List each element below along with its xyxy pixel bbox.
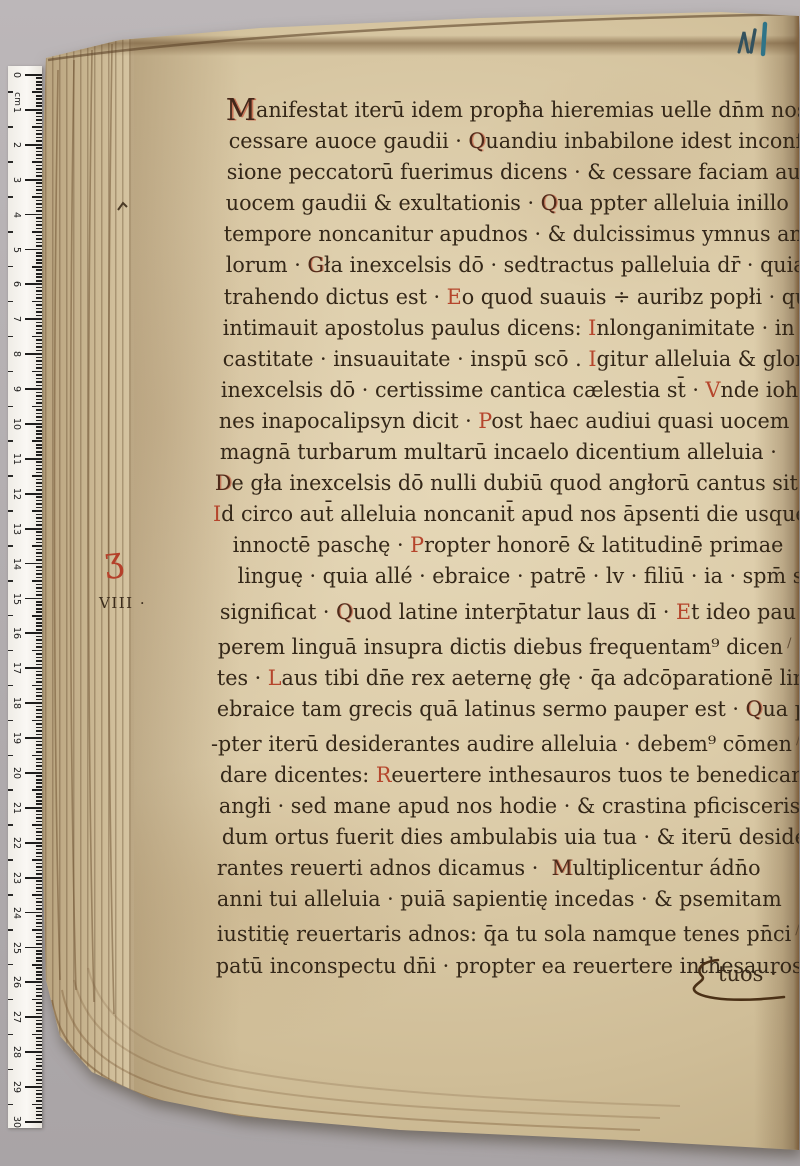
- ruler-label: 20: [11, 766, 23, 780]
- ruler-tick: [36, 399, 42, 401]
- ruler-tick: [36, 105, 42, 107]
- ruler-tick: [25, 74, 42, 76]
- ruler-tick: [36, 329, 42, 331]
- text-line: dare dicentes: Reuertere inthesauros tuo…: [210, 760, 786, 791]
- stacked-leaf-edges: [38, 12, 134, 1166]
- ruler-tick: [32, 1034, 42, 1036]
- ruler-tick: [36, 591, 42, 593]
- ruler-tick: [36, 1013, 42, 1015]
- catchword: tuos ·: [688, 956, 798, 1008]
- ruler-tick: [36, 252, 42, 254]
- manuscript-photo: { "ruler": { "unit": "cm", "cm_labels": …: [0, 0, 800, 1166]
- ruler-tick: [36, 409, 42, 411]
- ruler-tick: [36, 723, 42, 725]
- ruler-tick: [36, 1023, 42, 1025]
- ruler-tick: [36, 852, 42, 854]
- ruler-label: 19: [11, 731, 23, 745]
- ruler-tick: [36, 332, 42, 334]
- ruler-tick: [36, 814, 42, 816]
- ruler-tick: [25, 912, 42, 914]
- text-line: dum ortus fuerit dies ambulabis uia tua …: [210, 822, 786, 853]
- ruler-unit-label: cm: [11, 92, 23, 106]
- ruler-tick: [36, 84, 42, 86]
- ruler-tick: [25, 632, 42, 634]
- ruler-tick: [32, 91, 42, 93]
- ruler-label: 0: [11, 68, 23, 82]
- ruler-tick: [36, 803, 42, 805]
- ruler-tick: [32, 720, 42, 722]
- ruler-tick: [36, 926, 42, 928]
- ruler-tick: [36, 866, 42, 868]
- ruler-tick: [36, 1037, 42, 1039]
- ruler-tick: [36, 486, 42, 488]
- ruler-tick: [36, 242, 42, 244]
- ruler-tick: [36, 168, 42, 170]
- ruler-tick: [36, 322, 42, 324]
- text-line: inexcelsis dō · certissime cantica cæles…: [210, 375, 786, 406]
- ruler-tick: [36, 762, 42, 764]
- ruler-tick: [36, 594, 42, 596]
- ruler-tick: [36, 235, 42, 237]
- ruler-tick: [25, 423, 42, 425]
- ruler-tick: [36, 1055, 42, 1057]
- ruler-tick: [32, 371, 42, 373]
- ruler-tick: [36, 507, 42, 509]
- manuscript-page: Manifestat iterū idem propħa hieremias u…: [0, 0, 800, 1166]
- ruler-tick: [36, 130, 42, 132]
- ruler-tick: [36, 943, 42, 945]
- ruler-tick: [36, 381, 42, 383]
- ruler-tick: [32, 231, 42, 233]
- text-line: ebraice tam grecis quā latinus sermo pau…: [210, 694, 786, 725]
- ruler-tick: [36, 385, 42, 387]
- ruler-tick: [36, 884, 42, 886]
- ruler-tick: [36, 940, 42, 942]
- ruler-tick: [36, 856, 42, 858]
- ruler-tick: [36, 496, 42, 498]
- ruler-tick: [36, 224, 42, 226]
- ruler-tick: [36, 343, 42, 345]
- ruler-tick: [25, 981, 42, 983]
- ruler-tick: [36, 1079, 42, 1081]
- ruler-edge-dash: [8, 406, 13, 408]
- ruler-edge-dash: [8, 301, 13, 303]
- ruler-label: 7: [11, 312, 23, 326]
- ruler-label: 14: [11, 557, 23, 571]
- ruler-tick: [36, 559, 42, 561]
- ruler-tick: [36, 765, 42, 767]
- ruler-tick: [36, 786, 42, 788]
- ruler-tick: [36, 1044, 42, 1046]
- ruler-edge-dash: [8, 685, 13, 687]
- ruler-tick: [36, 915, 42, 917]
- ruler-tick: [25, 877, 42, 879]
- text-line: sione peccatorū fuerimus dicens · & cess…: [210, 157, 786, 188]
- ruler-tick: [25, 1086, 42, 1088]
- ruler-tick: [36, 1076, 42, 1078]
- ruler-tick: [36, 901, 42, 903]
- ruler-tick: [36, 364, 42, 366]
- ruler-tick: [36, 290, 42, 292]
- ruler-tick: [32, 336, 42, 338]
- ruler-tick: [32, 126, 42, 128]
- ruler-tick: [36, 392, 42, 394]
- ruler-tick: [36, 988, 42, 990]
- ruler-tick: [36, 838, 42, 840]
- ruler-tick: [36, 1118, 42, 1120]
- ruler-tick: [36, 863, 42, 865]
- ruler-tick: [32, 580, 42, 582]
- ruler-label: 6: [11, 277, 23, 291]
- ruler-tick: [32, 406, 42, 408]
- ruler-edge-dash: [8, 1034, 13, 1036]
- ruler-tick: [36, 140, 42, 142]
- ruler-tick: [36, 1027, 42, 1029]
- ruler-tick: [36, 514, 42, 516]
- ruler-tick: [36, 521, 42, 523]
- text-line: angłi · sed mane apud nos hodie · & cras…: [210, 791, 786, 822]
- ruler-edge-dash: [8, 580, 13, 582]
- ruler-tick: [32, 1104, 42, 1106]
- text-line: uocem gaudii & exultationis · Qua ppter …: [210, 188, 786, 219]
- ruler-tick: [36, 88, 42, 90]
- ruler-tick: [36, 688, 42, 690]
- ruler-tick: [36, 280, 42, 282]
- ruler-tick: [36, 796, 42, 798]
- ruler-tick: [36, 713, 42, 715]
- ruler-tick: [36, 1107, 42, 1109]
- ruler-tick: [36, 1041, 42, 1043]
- ruler-tick: [36, 769, 42, 771]
- ruler-tick: [25, 1121, 42, 1123]
- ruler-tick: [36, 1030, 42, 1032]
- ruler-tick: [36, 287, 42, 289]
- ruler-tick: [36, 315, 42, 317]
- ruler-tick: [36, 500, 42, 502]
- ruler-label: 11: [11, 452, 23, 466]
- ruler-tick: [36, 413, 42, 415]
- ruler-tick: [36, 995, 42, 997]
- ruler-tick: [36, 95, 42, 97]
- ruler-tick: [36, 339, 42, 341]
- text-line: tes · Laus tibi dn̄e rex aeternę głę · q…: [210, 663, 786, 694]
- ruler-label: 13: [11, 522, 23, 536]
- ruler-tick: [36, 611, 42, 613]
- text-block: Manifestat iterū idem propħa hieremias u…: [210, 95, 786, 982]
- ruler-tick: [36, 531, 42, 533]
- ruler-tick: [36, 451, 42, 453]
- ruler-tick: [36, 849, 42, 851]
- ruler-tick: [25, 528, 42, 530]
- ruler-tick: [36, 817, 42, 819]
- text-line: tempore noncanitur apudnos · & dulcissim…: [210, 219, 786, 250]
- ruler-tick: [36, 618, 42, 620]
- ruler-tick: [32, 789, 42, 791]
- ruler-tick: [36, 782, 42, 784]
- ruler-label: 25: [11, 941, 23, 955]
- ruler-tick: [32, 1069, 42, 1071]
- ruler-tick: [36, 657, 42, 659]
- ruler-tick: [36, 974, 42, 976]
- ruler-tick: [36, 1097, 42, 1099]
- page-wrap: Manifestat iterū idem propħa hieremias u…: [0, 0, 800, 1166]
- ruler-tick: [36, 566, 42, 568]
- ruler-tick: [36, 123, 42, 125]
- text-line: cessare auoce gaudii · Quandiu inbabilon…: [210, 126, 786, 157]
- ruler-tick: [36, 1006, 42, 1008]
- ruler-tick: [36, 259, 42, 261]
- ruler-tick: [25, 1051, 42, 1053]
- ruler-edge-dash: [8, 964, 13, 966]
- ruler-tick: [32, 650, 42, 652]
- ruler-tick: [32, 301, 42, 303]
- ruler-tick: [32, 999, 42, 1001]
- ruler-tick: [36, 468, 42, 470]
- ruler-tick: [36, 664, 42, 666]
- text-line: trahendo dictus est · Eo quod suauis ÷ a…: [210, 282, 786, 313]
- ruler-tick: [36, 985, 42, 987]
- ruler-tick: [32, 929, 42, 931]
- ruler-tick: [36, 158, 42, 160]
- text-line: nes inapocalipsyn dicit · Post haec audi…: [210, 406, 786, 437]
- ruler-tick: [32, 475, 42, 477]
- ruler-edge-dash: [8, 440, 13, 442]
- ruler-edge-dash: [8, 510, 13, 512]
- text-line: innoctē paschę · Propter honorē & latitu…: [210, 530, 786, 561]
- ruler-tick: [36, 699, 42, 701]
- ruler-tick: [32, 266, 42, 268]
- ruler-tick: [36, 556, 42, 558]
- ruler-label: 29: [11, 1080, 23, 1094]
- ruler-tick: [25, 947, 42, 949]
- ruler-tick: [32, 894, 42, 896]
- ruler-edge-dash: [8, 999, 13, 1001]
- ruler-tick: [36, 175, 42, 177]
- ruler-tick: [25, 842, 42, 844]
- ruler-tick: [36, 957, 42, 959]
- ruler-edge-dash: [8, 231, 13, 233]
- ruler-edge-dash: [8, 894, 13, 896]
- text-line: iustitię reuertaris adnos: q̄a tu sola n…: [210, 915, 786, 950]
- text-line: linguę · quia allé · ebraice · patrē · l…: [210, 561, 786, 592]
- ruler-tick: [36, 898, 42, 900]
- ruler-tick: [36, 81, 42, 83]
- ruler-tick: [36, 695, 42, 697]
- ruler-tick: [36, 535, 42, 537]
- ruler-tick: [36, 870, 42, 872]
- ruler-tick: [32, 196, 42, 198]
- ruler-tick: [25, 214, 42, 216]
- ruler-tick: [36, 933, 42, 935]
- ruler-tick: [36, 953, 42, 955]
- ruler-tick: [36, 880, 42, 882]
- ruler-tick: [36, 748, 42, 750]
- ruler-tick: [36, 793, 42, 795]
- ruler-tick: [36, 660, 42, 662]
- ruler-tick: [36, 625, 42, 627]
- ruler-tick: [36, 622, 42, 624]
- ruler-tick: [25, 1016, 42, 1018]
- ruler-tick: [36, 692, 42, 694]
- ruler-tick: [36, 549, 42, 551]
- ruler-tick: [36, 116, 42, 118]
- ruler-tick: [36, 374, 42, 376]
- ruler: 0123456789101112131415161718192021222324…: [8, 66, 42, 1128]
- text-line: anni tui alleluia · puiā sapientię inced…: [210, 884, 786, 915]
- text-line: significat · Quod latine interp̄tatur la…: [210, 593, 786, 628]
- ruler-label: 26: [11, 975, 23, 989]
- ruler-edge-dash: [8, 859, 13, 861]
- ruler-label: 28: [11, 1045, 23, 1059]
- ruler-tick: [36, 681, 42, 683]
- text-line: lorum · Gła inexcelsis dō · sedtractus p…: [210, 250, 786, 281]
- ruler-tick: [25, 388, 42, 390]
- ruler-tick: [36, 891, 42, 893]
- ruler-tick: [36, 573, 42, 575]
- ruler-tick: [36, 165, 42, 167]
- ruler-tick: [36, 950, 42, 952]
- ruler-tick: [36, 775, 42, 777]
- ruler-tick: [36, 360, 42, 362]
- ruler-tick: [36, 905, 42, 907]
- ruler-label: 23: [11, 871, 23, 885]
- ruler-tick: [36, 1114, 42, 1116]
- text-line: intimauit apostolus paulus dicens: Inlon…: [210, 313, 786, 344]
- ruler-tick: [32, 685, 42, 687]
- ruler-tick: [36, 447, 42, 449]
- text-line: -pter iterū desiderantes audire alleluia…: [210, 725, 786, 760]
- ruler-tick: [36, 821, 42, 823]
- ruler-tick: [36, 1083, 42, 1085]
- ruler-edge-dash: [8, 475, 13, 477]
- ruler-tick: [36, 472, 42, 474]
- ruler-edge-dash: [8, 196, 13, 198]
- ruler-tick: [36, 604, 42, 606]
- ruler-tick: [25, 144, 42, 146]
- ruler-tick: [25, 109, 42, 111]
- ruler-label: 30: [11, 1115, 23, 1129]
- ruler-tick: [36, 217, 42, 219]
- ruler-tick: [36, 210, 42, 212]
- ruler-tick: [36, 262, 42, 264]
- ruler-tick: [32, 545, 42, 547]
- ruler-tick: [25, 807, 42, 809]
- ruler-tick: [36, 1062, 42, 1064]
- ruler-tick: [36, 744, 42, 746]
- ruler-edge-dash: [8, 336, 13, 338]
- ruler-tick: [36, 489, 42, 491]
- ruler-label: 24: [11, 906, 23, 920]
- ruler-tick: [36, 98, 42, 100]
- ruler-tick: [36, 238, 42, 240]
- ruler-tick: [36, 102, 42, 104]
- ruler-tick: [36, 716, 42, 718]
- ruler-tick: [36, 1048, 42, 1050]
- ruler-edge-dash: [8, 545, 13, 547]
- ruler-tick: [36, 465, 42, 467]
- ruler-tick: [36, 119, 42, 121]
- ruler-tick: [36, 674, 42, 676]
- ruler-tick: [36, 189, 42, 191]
- ruler-tick: [32, 755, 42, 757]
- ruler-tick: [32, 510, 42, 512]
- ruler-tick: [36, 671, 42, 673]
- ruler-tick: [36, 311, 42, 313]
- ruler-tick: [36, 367, 42, 369]
- ruler-tick: [36, 503, 42, 505]
- ruler-tick: [36, 730, 42, 732]
- ruler-tick: [36, 304, 42, 306]
- ruler-label: 4: [11, 208, 23, 222]
- ruler-tick: [36, 678, 42, 680]
- ruler-tick: [36, 810, 42, 812]
- ruler-edge-dash: [8, 371, 13, 373]
- ruler-tick: [36, 426, 42, 428]
- ruler-label: 8: [11, 347, 23, 361]
- ruler-label: 15: [11, 592, 23, 606]
- ruler-label: 18: [11, 696, 23, 710]
- text-line: perem linguā insupra dictis diebus frequ…: [210, 628, 786, 663]
- ruler-tick: [36, 992, 42, 994]
- ruler-tick: [36, 908, 42, 910]
- ruler-tick: [25, 772, 42, 774]
- ruler-tick: [36, 221, 42, 223]
- ruler-tick: [36, 734, 42, 736]
- ruler-tick: [25, 179, 42, 181]
- ruler-tick: [36, 800, 42, 802]
- ruler-edge-dash: [8, 650, 13, 652]
- ruler-tick: [36, 172, 42, 174]
- ruler-tick: [36, 479, 42, 481]
- ruler-tick: [25, 737, 42, 739]
- ruler-edge-dash: [8, 755, 13, 757]
- ruler-label: 12: [11, 487, 23, 501]
- ruler-tick: [36, 831, 42, 833]
- ruler-tick: [36, 629, 42, 631]
- ruler-tick: [36, 430, 42, 432]
- ruler-label: 5: [11, 243, 23, 257]
- ruler-label: 22: [11, 836, 23, 850]
- ruler-tick: [36, 154, 42, 156]
- ruler-tick: [36, 919, 42, 921]
- ruler-tick: [36, 308, 42, 310]
- ruler-tick: [36, 828, 42, 830]
- ruler-tick: [36, 709, 42, 711]
- ruler-tick: [36, 524, 42, 526]
- ruler-tick: [36, 779, 42, 781]
- ruler-label: 9: [11, 382, 23, 396]
- ruler-tick: [25, 563, 42, 565]
- ruler-edge-dash: [8, 161, 13, 163]
- text-line: castitate · insuauitate · inspū scō . Ig…: [210, 344, 786, 375]
- ruler-tick: [36, 646, 42, 648]
- ruler-tick: [36, 751, 42, 753]
- ruler-tick: [36, 269, 42, 271]
- ruler-edge-dash: [8, 789, 13, 791]
- ruler-tick: [36, 517, 42, 519]
- ruler-tick: [36, 378, 42, 380]
- ruler-edge-dash: [8, 615, 13, 617]
- text-line: De gła inexcelsis dō nulli dubiū quod an…: [210, 468, 786, 499]
- text-line: Id circo aut̄ alleluia noncanit̄ apud no…: [210, 499, 786, 530]
- ruler-edge-dash: [8, 126, 13, 128]
- text-line: rantes reuerti adnos dicamus · Multiplic…: [210, 853, 786, 884]
- ruler-tick: [36, 112, 42, 114]
- ruler-tick: [36, 245, 42, 247]
- ruler-tick: [36, 643, 42, 645]
- ruler-tick: [36, 587, 42, 589]
- ruler-tick: [36, 1065, 42, 1067]
